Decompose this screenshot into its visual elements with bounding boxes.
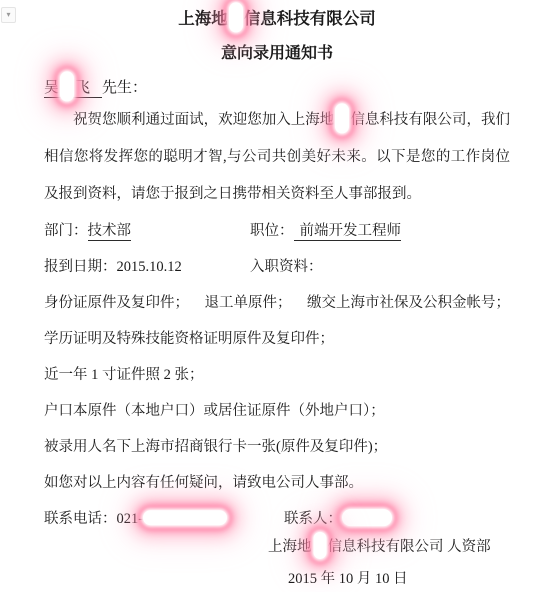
- material-line: 户口本原件（本地户口）或居住证原件（外地户口）；: [44, 393, 510, 429]
- date-onboard-row: 报到日期：2015.10.12 入职资料：: [44, 249, 510, 285]
- recipient-greeting: 吴飞先生：: [44, 78, 510, 98]
- material-line: 被录用人名下上海市招商银行卡一张(原件及复印件)；: [44, 429, 510, 465]
- phone-prefix: 021-: [117, 511, 144, 527]
- company-title: 上海地信息科技有限公司: [44, 8, 510, 30]
- dept-value: 技术部: [88, 223, 132, 241]
- material-item: 身份证原件及复印件；: [44, 285, 189, 321]
- contact-phone-field: 联系电话：021-: [44, 501, 284, 537]
- recipient-surname: 吴: [44, 80, 59, 96]
- report-date-field: 报到日期：2015.10.12: [44, 249, 250, 285]
- redaction-blob-company: [228, 10, 244, 27]
- signature-line: 上海地信息科技有限公司 人资部: [268, 537, 510, 558]
- redaction-blob-signature: [312, 539, 328, 554]
- redaction-blob-contact-person: [342, 511, 392, 526]
- report-date-value: 2015.10.12: [117, 259, 182, 275]
- materials-row: 身份证原件及复印件； 退工单原件； 缴交上海市社保及公积金帐号；: [44, 285, 510, 321]
- material-item: 缴交上海市社保及公积金帐号；: [307, 285, 510, 321]
- dept-position-row: 部门：技术部 职位：前端开发工程师: [44, 213, 510, 249]
- recipient-name: 吴飞: [44, 80, 102, 98]
- recipient-given-name: 飞: [75, 80, 90, 96]
- signature-pre: 上海地: [268, 539, 312, 555]
- material-line: 近一年 1 寸证件照 2 张；: [44, 357, 510, 393]
- document-title: 意向录用通知书: [44, 44, 510, 64]
- company-title-pre: 上海地: [178, 9, 228, 28]
- position-label: 职位：: [250, 223, 294, 239]
- phone-label: 联系电话：: [44, 511, 117, 527]
- report-date-label: 报到日期：: [44, 259, 117, 275]
- onboard-materials-label: 入职资料：: [250, 249, 323, 285]
- contact-person-field: 联系人：: [284, 501, 392, 537]
- dept-field: 部门：技术部: [44, 213, 250, 249]
- position-field: 职位：前端开发工程师: [250, 213, 401, 249]
- company-title-post: 信息科技有限公司: [244, 9, 376, 28]
- redaction-blob-phone: [143, 511, 227, 526]
- document-date: 2015 年 10 月 10 日: [288, 569, 510, 589]
- closing-note: 如您对以上内容有任何疑问，请致电公司人事部。: [44, 465, 510, 501]
- material-item: 退工单原件；: [205, 285, 292, 321]
- position-value: 前端开发工程师: [294, 223, 402, 241]
- redaction-blob-company-inline: [334, 112, 350, 127]
- document-body: 上海地信息科技有限公司 意向录用通知书 吴飞先生： 祝贺您顺利通过面试，欢迎您加…: [0, 0, 550, 589]
- intro-paragraph: 祝贺您顺利通过面试，欢迎您加入上海地信息科技有限公司，我们相信您将发挥您的聪明才…: [44, 102, 510, 213]
- material-line: 学历证明及特殊技能资格证明原件及复印件；: [44, 321, 510, 357]
- honorific: 先生：: [102, 80, 147, 96]
- contact-person-label: 联系人：: [284, 511, 342, 527]
- signature-post: 信息科技有限公司 人资部: [328, 539, 491, 555]
- intro-text-before: 祝贺您顺利通过面试，欢迎您加入上海地: [73, 112, 334, 128]
- dept-label: 部门：: [44, 223, 88, 239]
- dropdown-caret-icon[interactable]: ▾: [1, 7, 16, 23]
- caret-glyph: ▾: [6, 10, 10, 19]
- contact-row: 联系电话：021- 联系人：: [44, 501, 510, 537]
- offer-letter-page: ▾ 上海地信息科技有限公司 意向录用通知书 吴飞先生： 祝贺您顺利通过面试，欢迎…: [0, 0, 550, 592]
- redaction-blob-name: [59, 79, 75, 94]
